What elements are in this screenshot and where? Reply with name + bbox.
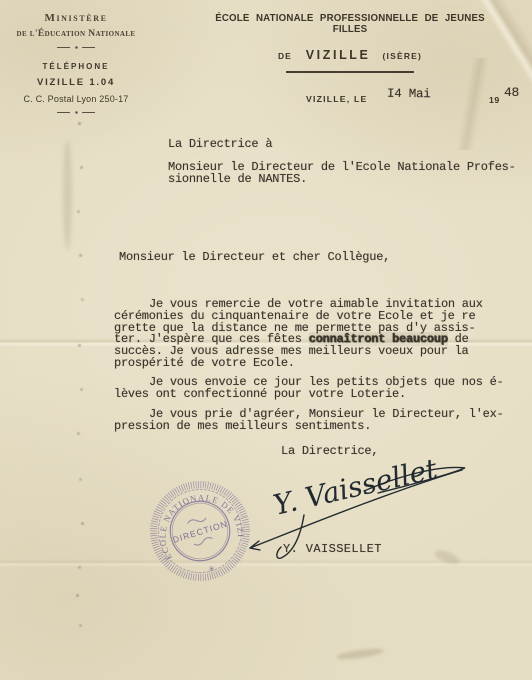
body-line: pression de mes meilleurs sentiments. [114,421,532,433]
ministry-letterhead: Ministère de l'Éducation Nationale Télép… [10,12,142,114]
dateline-year-prefix: 19 [489,95,500,105]
ink-smudge [63,140,72,250]
stamp-flourish-icon [187,516,207,526]
stamp-star-icon: ✳ [207,563,216,574]
paragraph: Je vous prie d'agréer, Monsieur le Direc… [114,409,532,433]
scanned-letter: Ministère de l'Éducation Nationale Télép… [0,0,532,680]
salutation: Monsieur le Directeur et cher Collègue, [119,252,390,264]
school-name: ÉCOLE NATIONALE PROFESSIONNELLE DE JEUNE… [200,13,500,35]
school-location-dept: (ISÈRE) [382,51,422,61]
paragraph: Je vous remercie de votre aimable invita… [114,299,532,370]
dateline-place: VIZILLE, LE [306,94,367,104]
recipient-block: La Directrice à Monsieur le Directeur de… [168,139,516,185]
body-line: prospérité de votre Ecole. [114,358,532,370]
letterhead-rule [286,71,414,73]
school-location-de: DE [278,51,292,61]
school-location-city: VIZILLE [306,48,371,62]
pencil-smudge [336,647,385,662]
body-line: lèves ont confectionné pour votre Loteri… [114,389,532,401]
phone-number: Vizille 1.04 [10,77,142,88]
recipient-line: sionnelle de NANTES. [168,174,516,186]
stamp-center-text: DIRECTION [171,519,229,545]
ornament-divider-icon [57,46,95,49]
paragraph: Je vous envoie ce jour les petits objets… [114,377,532,401]
ministry-line2: de l'Éducation Nationale [10,29,142,39]
school-letterhead: ÉCOLE NATIONALE PROFESSIONNELLE DE JEUNE… [200,13,500,73]
signatory-typed-name: Y. VAISSELLET [283,544,382,556]
postal-account: C. C. Postal Lyon 250-17 [10,94,142,104]
sender-line: La Directrice à [168,139,516,151]
dateline-typed-date: I4 Mai [387,89,431,101]
dateline-typed-year: 48 [504,87,519,99]
ministry-line1: Ministère [10,12,142,24]
signature-script: Y. Vaissellet [270,455,441,522]
margin-marks [78,122,81,125]
school-location: DEVIZILLE(ISÈRE) [200,46,500,64]
letter-body: Je vous remercie de votre aimable invita… [114,299,532,433]
phone-label: Téléphone [10,62,142,71]
ornament-divider-icon [57,111,95,114]
